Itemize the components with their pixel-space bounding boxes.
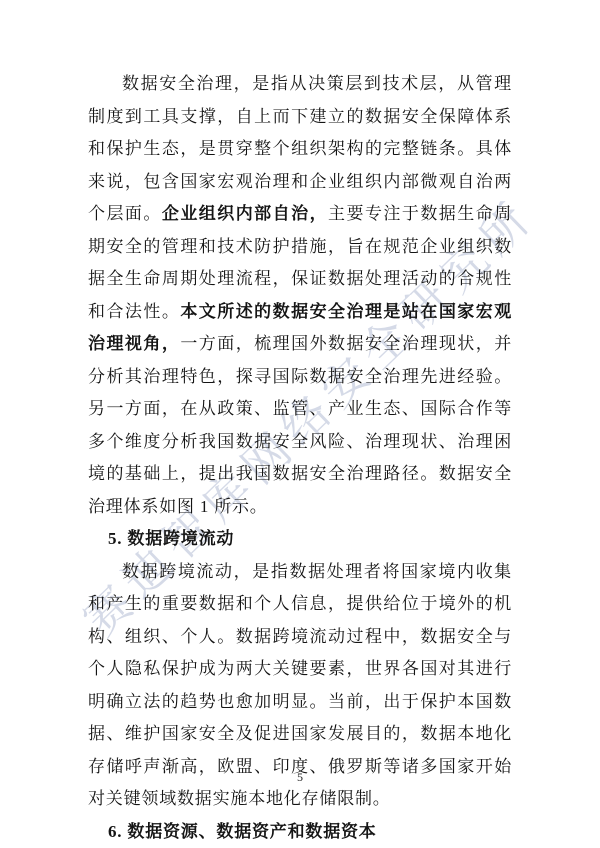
bold-text-run: 6. 数据资源、数据资产和数据资本: [108, 822, 377, 841]
paragraph: 数据安全治理，是指从决策层到技术层，从管理制度到工具支撑，自上而下建立的数据安全…: [88, 68, 512, 523]
document-page: 赛迪智库网络安全研究所 数据安全治理，是指从决策层到技术层，从管理制度到工具支撑…: [0, 0, 600, 848]
document-body: 数据安全治理，是指从决策层到技术层，从管理制度到工具支撑，自上而下建立的数据安全…: [88, 68, 512, 848]
text-run: 数据安全治理，是指从决策层到技术层，从管理制度到工具支撑，自上而下建立的数据安全…: [88, 74, 512, 223]
bold-text-run: 5. 数据跨境流动: [108, 529, 234, 548]
text-run: 一方面，梳理国外数据安全治理现状，并分析其治理特色，探寻国际数据安全治理先进经验…: [88, 334, 512, 516]
section-heading: 5. 数据跨境流动: [88, 523, 512, 556]
page-number: 5: [0, 770, 600, 785]
section-heading: 6. 数据资源、数据资产和数据资本: [88, 816, 512, 848]
bold-text-run: 企业组织内部自治，: [162, 204, 328, 223]
